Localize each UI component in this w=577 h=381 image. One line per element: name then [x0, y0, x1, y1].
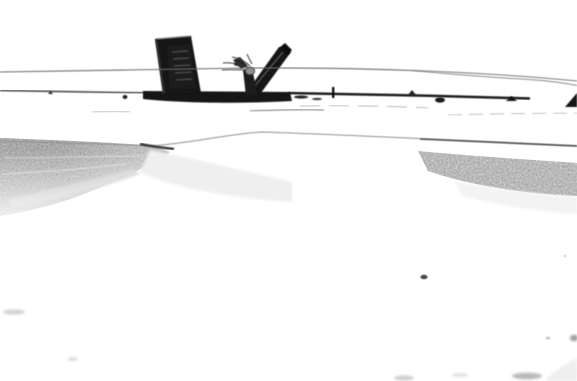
- photo-canvas: [0, 0, 577, 381]
- ledge-debris: [312, 98, 322, 100]
- ledge-debris: [294, 95, 308, 98]
- photo-monochrome-rooftop: [0, 0, 577, 381]
- panel-slat: [174, 65, 190, 66]
- tiny-speck: [563, 255, 566, 257]
- ledge-nail: [123, 95, 128, 99]
- smudge: [3, 309, 25, 314]
- ledge-nail-tall: [332, 87, 334, 98]
- tangle-knot: [234, 62, 240, 66]
- smudge: [68, 357, 78, 361]
- panel-slat: [172, 51, 188, 52]
- smudge: [512, 373, 542, 380]
- smudge: [452, 373, 468, 377]
- smudge: [394, 375, 414, 380]
- pebble: [420, 275, 427, 279]
- smudge: [545, 337, 550, 340]
- panel-slat: [176, 79, 192, 80]
- ledge-debris: [435, 97, 445, 102]
- panel-slat: [173, 58, 189, 59]
- panel-slat: [175, 72, 191, 73]
